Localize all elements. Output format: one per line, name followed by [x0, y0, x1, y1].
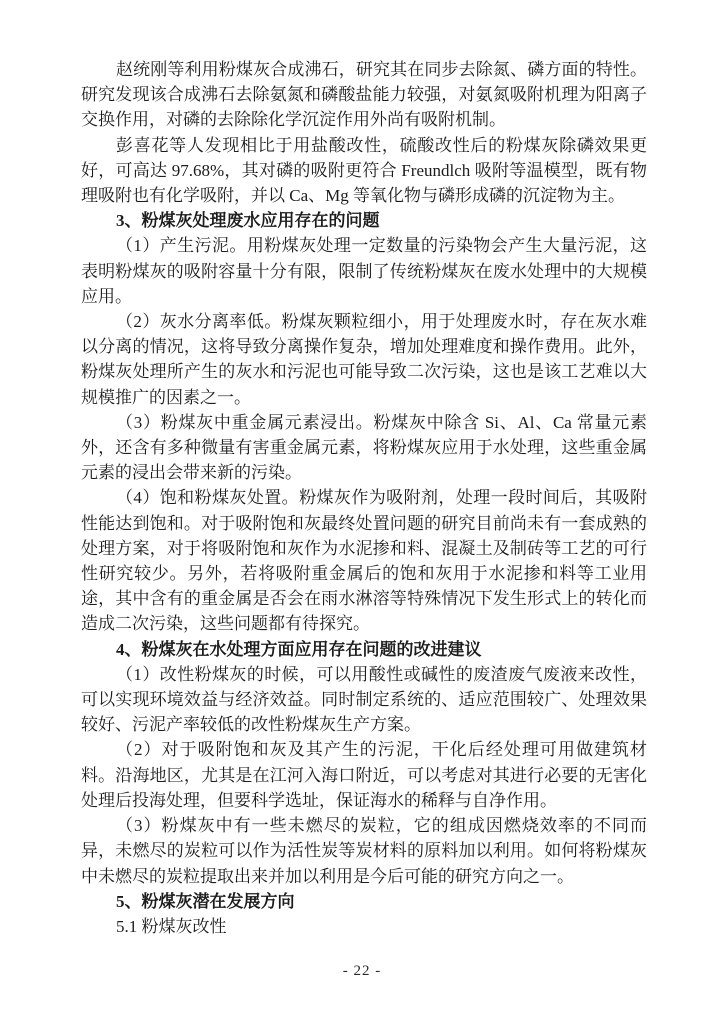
- paragraph: 赵统刚等利用粉煤灰合成沸石，研究其在同步去除氮、磷方面的特性。研究发现该合成沸石…: [81, 57, 647, 133]
- page-number: - 22 -: [0, 963, 724, 980]
- section-heading-4: 4、粉煤灰在水处理方面应用存在问题的改进建议: [81, 637, 647, 662]
- document-body: 赵统刚等利用粉煤灰合成沸石，研究其在同步去除氮、磷方面的特性。研究发现该合成沸石…: [81, 57, 647, 939]
- paragraph: （4）饱和粉煤灰处置。粉煤灰作为吸附剂，处理一段时间后，其吸附性能达到饱和。对于…: [81, 485, 647, 636]
- paragraph: 彭喜花等人发现相比于用盐酸改性，硫酸改性后的粉煤灰除磷效果更好，可高达 97.6…: [81, 133, 647, 209]
- section-heading-5: 5、粉煤灰潜在发展方向: [81, 889, 647, 914]
- paragraph: （1）产生污泥。用粉煤灰处理一定数量的污染物会产生大量污泥，这表明粉煤灰的吸附容…: [81, 233, 647, 309]
- paragraph: （3）粉煤灰中重金属元素浸出。粉煤灰中除含 Si、Al、Ca 常量元素外，还含有…: [81, 410, 647, 486]
- paragraph: （2）对于吸附饱和灰及其产生的污泥，干化后经处理可用做建筑材料。沿海地区，尤其是…: [81, 737, 647, 813]
- document-page: 赵统刚等利用粉煤灰合成沸石，研究其在同步去除氮、磷方面的特性。研究发现该合成沸石…: [0, 0, 724, 1024]
- paragraph: （2）灰水分离率低。粉煤灰颗粒细小，用于处理废水时，存在灰水难以分离的情况，这将…: [81, 309, 647, 410]
- section-heading-3: 3、粉煤灰处理废水应用存在的问题: [81, 208, 647, 233]
- paragraph: （3）粉煤灰中有一些未燃尽的炭粒，它的组成因燃烧效率的不同而异，未燃尽的炭粒可以…: [81, 813, 647, 889]
- paragraph: （1）改性粉煤灰的时候，可以用酸性或碱性的废渣废气废液来改性，可以实现环境效益与…: [81, 662, 647, 738]
- subsection-heading-5-1: 5.1 粉煤灰改性: [81, 914, 647, 939]
